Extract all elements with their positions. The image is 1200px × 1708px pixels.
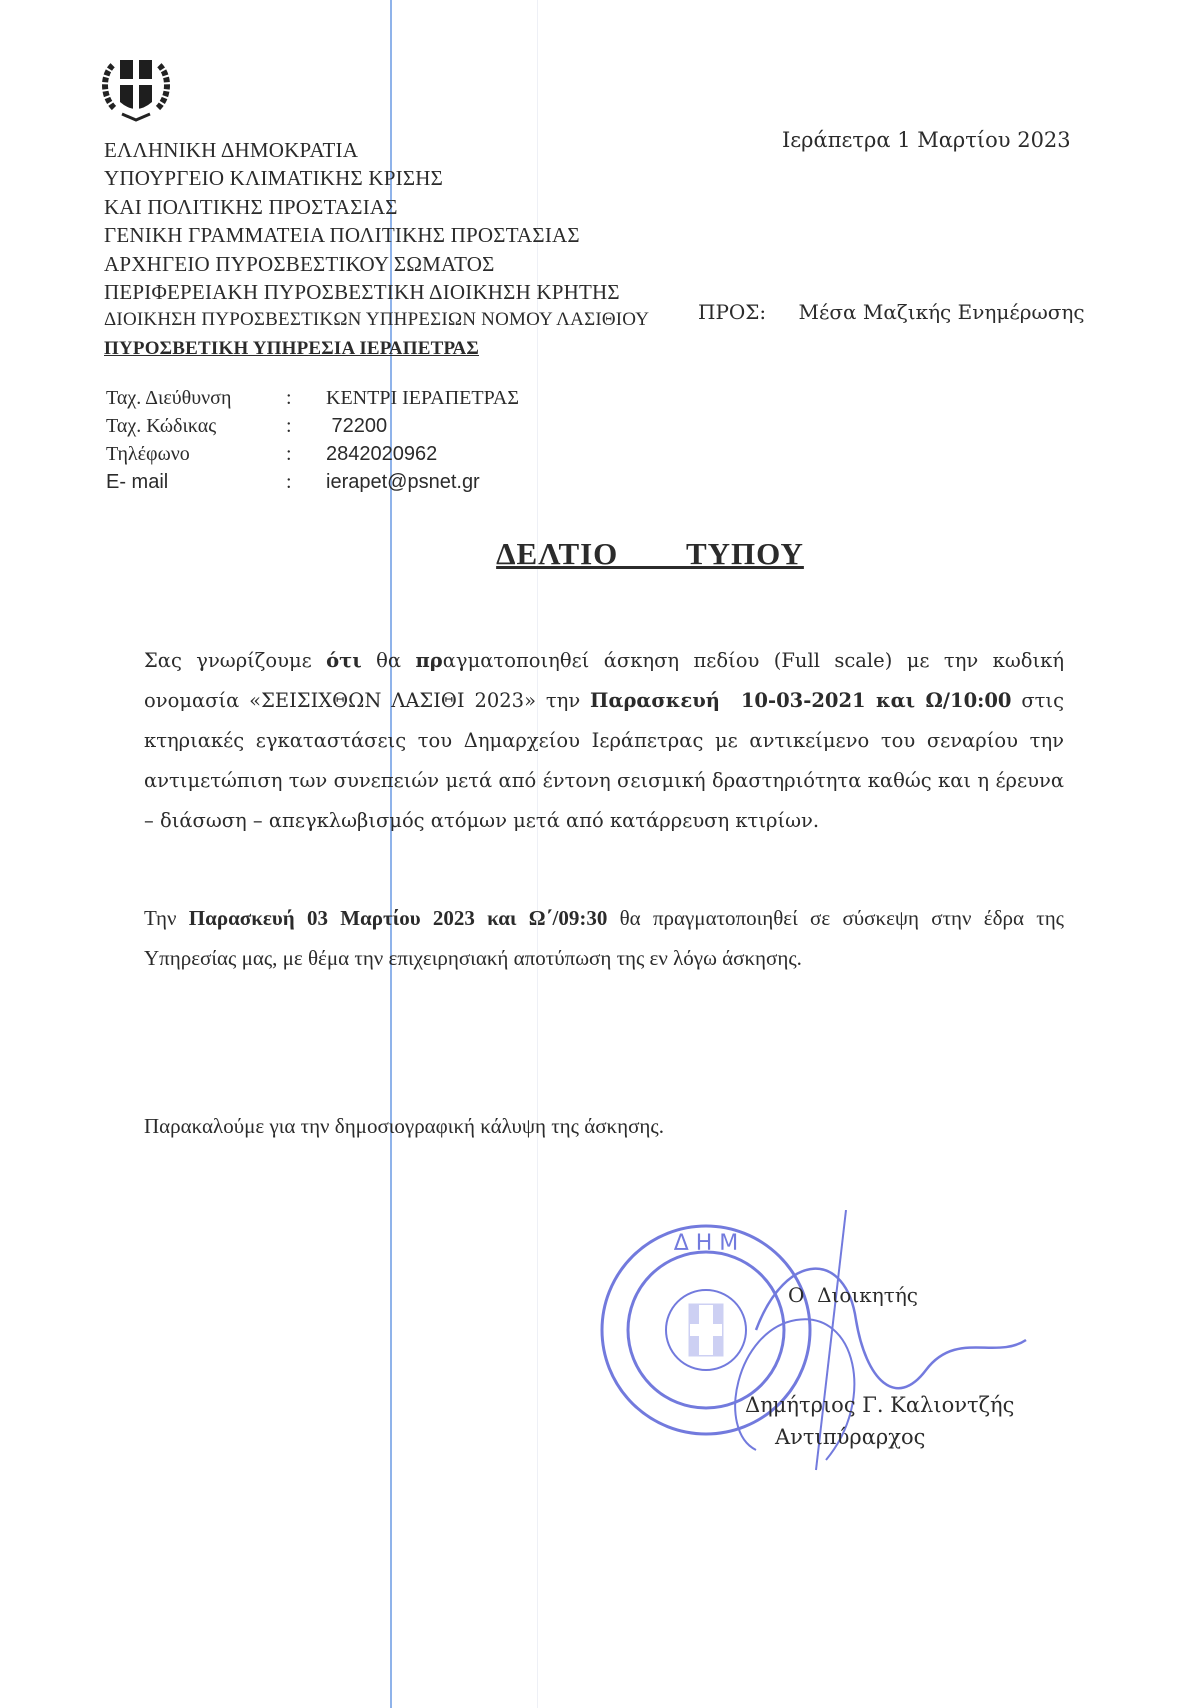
contact-address: ΚΕΝΤΡΙ ΙΕΡΑΠΕΤΡΑΣ bbox=[326, 387, 519, 410]
org-line: ΕΛΛΗΝΙΚΗ ΔΗΜΟΚΡΑΤΙΑ bbox=[104, 136, 649, 164]
contact-row: Ταχ. Κώδικας : 72200 bbox=[106, 412, 519, 440]
greek-coat-of-arms-icon bbox=[100, 52, 172, 124]
contact-separator: : bbox=[286, 471, 326, 494]
contact-separator: : bbox=[286, 387, 326, 410]
signatory-name: Δημήτριος Γ. Καλιοντζής bbox=[745, 1393, 1014, 1417]
contact-block: Ταχ. Διεύθυνση : ΚΕΝΤΡΙ ΙΕΡΑΠΕΤΡΑΣ Ταχ. … bbox=[106, 384, 519, 496]
recipient: ΠΡΟΣ: Μέσα Μαζικής Ενημέρωσης bbox=[698, 300, 1085, 324]
contact-label: E- mail bbox=[106, 471, 286, 494]
contact-label: Ταχ. Κώδικας bbox=[106, 415, 286, 438]
contact-separator: : bbox=[286, 443, 326, 466]
contact-label: Ταχ. Διεύθυνση bbox=[106, 387, 286, 410]
org-line: ΚΑΙ ΠΟΛΙΤΙΚΗΣ ΠΡΟΣΤΑΣΙΑΣ bbox=[104, 193, 649, 221]
org-line: ΠΕΡΙΦΕΡΕΙΑΚΗ ΠΥΡΟΣΒΕΣΤΙΚΗ ΔΙΟΙΚΗΣΗ ΚΡΗΤΗ… bbox=[104, 278, 649, 306]
recipient-label: ΠΡΟΣ: bbox=[698, 300, 766, 324]
org-line: ΥΠΟΥΡΓΕΙΟ ΚΛΙΜΑΤΙΚΗΣ ΚΡΙΣΗΣ bbox=[104, 164, 649, 192]
text-bold: πρ bbox=[416, 649, 443, 672]
org-line: ΔΙΟΙΚΗΣΗ ΠΥΡΟΣΒΕΣΤΙΚΩΝ ΥΠΗΡΕΣΙΩΝ ΝΟΜΟΥ Λ… bbox=[104, 306, 649, 334]
contact-label: Τηλέφωνο bbox=[106, 443, 286, 466]
org-line: ΑΡΧΗΓΕΙΟ ΠΥΡΟΣΒΕΣΤΙΚΟΥ ΣΩΜΑΤΟΣ bbox=[104, 250, 649, 278]
signatory-title: Ο Διοικητής bbox=[788, 1283, 918, 1307]
paragraph-exercise-announcement: Σας γνωρίζουμε ότι θα πραγματοποιηθεί άσ… bbox=[144, 641, 1064, 841]
contact-separator: : bbox=[286, 415, 326, 438]
contact-row: E- mail : ierapet@psnet.gr bbox=[106, 468, 519, 496]
document-title: ΔΕΛΤΙΟ ΤΥΠΟΥ bbox=[0, 536, 1200, 572]
contact-row: Τηλέφωνο : 2842020962 bbox=[106, 440, 519, 468]
org-line: ΓΕΝΙΚΗ ΓΡΑΜΜΑΤΕΙΑ ΠΟΛΙΤΙΚΗΣ ΠΡΟΣΤΑΣΙΑΣ bbox=[104, 221, 649, 249]
meeting-date-time: Παρασκευή 03 Μαρτίου 2023 και Ω΄/09:30 bbox=[189, 906, 608, 930]
org-line-service: ΠΥΡΟΣΒΕΤΙΚΗ ΥΠΗΡΕΣΙΑ ΙΕΡΑΠΕΤΡΑΣ bbox=[104, 335, 649, 363]
paragraph-briefing-meeting: Την Παρασκευή 03 Μαρτίου 2023 και Ω΄/09:… bbox=[144, 898, 1064, 978]
text-bold: ότι bbox=[326, 649, 362, 672]
signatory-rank: Αντιπύραρχος bbox=[775, 1425, 925, 1449]
contact-row: Ταχ. Διεύθυνση : ΚΕΝΤΡΙ ΙΕΡΑΠΕΤΡΑΣ bbox=[106, 384, 519, 412]
text: θα bbox=[362, 649, 416, 672]
place-date: Ιεράπετρα 1 Μαρτίου 2023 bbox=[782, 128, 1071, 152]
contact-postcode: 72200 bbox=[326, 415, 387, 438]
text: Την bbox=[144, 906, 189, 930]
document-title-text: ΔΕΛΤΙΟ ΤΥΠΟΥ bbox=[496, 536, 804, 571]
contact-email: ierapet@psnet.gr bbox=[326, 471, 480, 494]
recipient-value: Μέσα Μαζικής Ενημέρωσης bbox=[799, 300, 1085, 324]
letterhead: ΕΛΛΗΝΙΚΗ ΔΗΜΟΚΡΑΤΙΑ ΥΠΟΥΡΓΕΙΟ ΚΛΙΜΑΤΙΚΗΣ… bbox=[104, 136, 649, 363]
exercise-date-time: Παρασκευή 10-03-2021 και Ω/10:00 bbox=[590, 689, 1011, 712]
paragraph-coverage-request: Παρακαλούμε για την δημοσιογραφική κάλυψ… bbox=[144, 1106, 1064, 1146]
svg-text:Δ Η Μ: Δ Η Μ bbox=[674, 1231, 739, 1256]
contact-phone: 2842020962 bbox=[326, 443, 437, 466]
text: Σας γνωρίζουμε bbox=[144, 649, 326, 672]
